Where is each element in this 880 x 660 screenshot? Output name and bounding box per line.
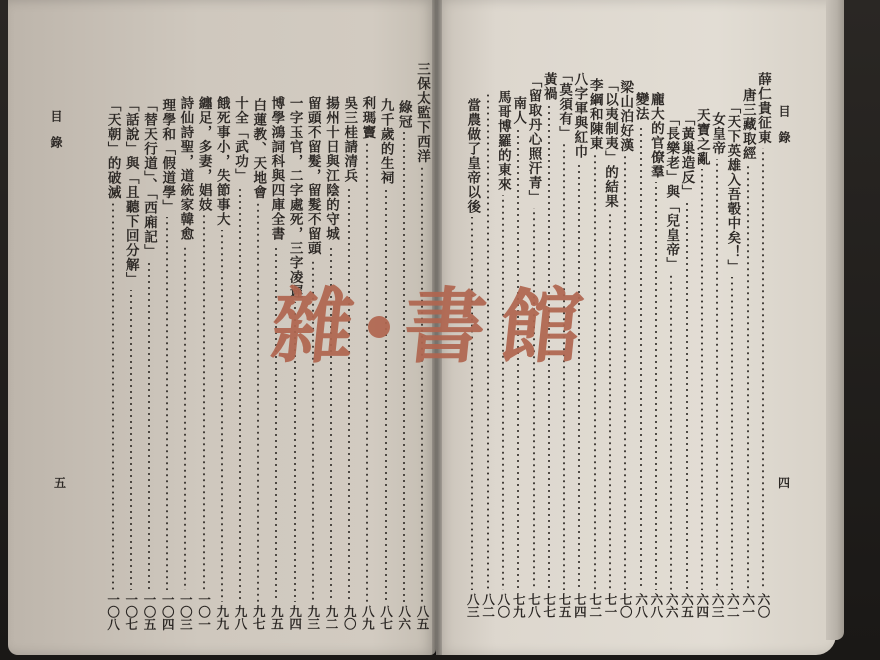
toc-entry-title: 變法	[633, 92, 649, 121]
toc-entry: 八字軍與紅巾七四	[571, 72, 587, 618]
toc-entry: 「天下英雄入吾彀中矣！」六二	[724, 100, 740, 618]
dot-leader	[701, 169, 703, 590]
dot-leader	[762, 148, 764, 591]
toc-entry: 「長樂老」與「兒皇帝」六六	[663, 112, 679, 618]
running-header-left: 目錄	[48, 110, 65, 162]
dot-leader	[166, 217, 168, 590]
toc-entry-title: 馬哥博羅的東來	[495, 90, 511, 192]
toc-entry-page: 八九	[360, 605, 374, 630]
toc-entry: 變法六八	[633, 92, 649, 618]
dot-leader	[655, 182, 657, 590]
toc-entry-title: 南人	[510, 96, 526, 125]
toc-entry: 薛仁貴征東六〇	[755, 72, 771, 618]
toc-entry: 揚州十日與江陰的守城九二	[323, 96, 339, 630]
dot-leader	[731, 277, 733, 590]
toc-entry: 「替天行道」、「西廂記」一〇五	[141, 98, 157, 630]
toc-entry-page: 六〇	[756, 593, 770, 618]
dot-leader	[312, 259, 314, 603]
toc-entry-page: 九九	[215, 605, 229, 630]
toc-entry: 綠冠八六	[396, 100, 412, 630]
dot-leader	[239, 186, 241, 602]
dot-leader	[502, 195, 504, 591]
toc-entry-title: 當農做了皇帝以後	[464, 98, 480, 214]
toc-entry-page: 九八	[233, 605, 247, 630]
toc-entry-title: 留頭不留髮，留髮不留頭	[305, 96, 321, 256]
toc-entry-page: 一〇五	[142, 593, 156, 631]
toc-entry: 唐三藏取經六一	[740, 88, 756, 618]
toc-entry: 留頭不留髮，留髮不留頭九三	[305, 96, 321, 630]
toc-entry-page: 六八	[649, 593, 663, 618]
toc-entry-title: 吳三桂請清兵	[341, 96, 357, 183]
dot-leader	[366, 143, 368, 603]
toc-entry-page: 九五	[269, 605, 283, 630]
dot-leader	[471, 217, 473, 590]
toc-entry-page: 七四	[572, 593, 586, 618]
toc-entry-page: 八七	[379, 605, 393, 630]
toc-entry-page: 七五	[557, 593, 571, 618]
dot-leader	[640, 124, 642, 590]
toc-entry-page: 八〇	[496, 593, 510, 618]
toc-entry: 「天朝」的破滅一〇八	[105, 98, 121, 630]
toc-entry-page: 六四	[695, 593, 709, 618]
toc-entry: 「黃巢造反」六五	[679, 112, 695, 618]
toc-entry-page: 七七	[542, 593, 556, 618]
toc-entry: 三保太監下西洋八五	[414, 62, 430, 630]
toc-entry: 「留取丹心照汗青」七八	[526, 74, 542, 618]
toc-entry-title: 「留取丹心照汗青」	[526, 74, 542, 205]
toc-entry-title: 龐大的官僚羣	[648, 92, 664, 179]
toc-entry-title: 纏足，多妻，娼妓	[196, 96, 212, 212]
toc-entry: 八二	[480, 90, 496, 618]
toc-entry-page: 一〇七	[124, 593, 138, 631]
toc-entry-title: 白蓮教、天地會	[250, 98, 266, 200]
toc-entry-page: 八二	[481, 593, 495, 618]
folio-left: 五	[54, 474, 66, 491]
toc-entry-page: 六五	[680, 593, 694, 618]
toc-entry: 「莫須有」七五	[556, 68, 572, 618]
dot-leader	[548, 104, 550, 590]
toc-entry: 馬哥博羅的東來八〇	[495, 90, 511, 618]
dot-leader	[275, 244, 277, 602]
toc-entry-page: 六一	[741, 593, 755, 618]
dot-leader	[487, 93, 489, 590]
toc-entry-page: 八五	[415, 605, 429, 630]
dot-leader	[686, 202, 688, 590]
toc-entry-page: 九三	[306, 605, 320, 630]
dot-leader	[594, 154, 596, 591]
toc-entry-title: 理學和「假道學」	[159, 98, 175, 214]
toc-entry: 一字玉官，二字處死，三字凌遲九四	[287, 96, 303, 630]
dot-leader	[348, 186, 350, 602]
toc-entry-page: 六八	[634, 593, 648, 618]
toc-entry-page: 七八	[527, 593, 541, 618]
toc-entry-title: 天寶之亂	[694, 108, 710, 166]
dot-leader	[385, 188, 387, 602]
toc-entry-page: 八六	[397, 605, 411, 630]
toc-entry-page: 七一	[603, 593, 617, 618]
dot-leader	[609, 212, 611, 591]
dot-leader	[330, 244, 332, 602]
dot-leader	[403, 132, 405, 602]
toc-entry-title: 利瑪竇	[359, 96, 375, 140]
toc-entry: 李綱和陳東七二	[587, 78, 603, 618]
toc-entry-title: 「天朝」的破滅	[105, 98, 121, 200]
toc-entry-page: 九四	[288, 605, 302, 630]
dot-leader	[747, 164, 749, 591]
toc-entry: 「話說」與「且聽下回分解」一〇七	[123, 98, 139, 630]
toc-entry: 天寶之亂六四	[694, 108, 710, 618]
toc-entry-title: 餓死事小，失節事大	[214, 96, 230, 227]
dot-leader	[148, 262, 150, 590]
toc-entry: 南人七九	[510, 96, 526, 618]
toc-entry-page: 七〇	[618, 593, 632, 618]
toc-entry-page: 七九	[511, 593, 525, 618]
toc-entry-title: 黃禍	[541, 72, 557, 101]
toc-entry: 白蓮教、天地會九七	[250, 98, 266, 630]
toc-entry-page: 一〇八	[106, 593, 120, 631]
toc-entry: 理學和「假道學」一〇四	[159, 98, 175, 630]
book-gutter	[432, 0, 442, 655]
toc-entry-page: 六六	[664, 593, 678, 618]
toc-entry: 龐大的官僚羣六八	[648, 92, 664, 618]
toc-entry-page: 九二	[324, 605, 338, 630]
dot-leader	[624, 156, 626, 591]
toc-entry-title: 唐三藏取經	[740, 88, 756, 161]
toc-entry-page: 七二	[588, 593, 602, 618]
toc-entry-title: 綠冠	[396, 100, 412, 129]
toc-entry-title: 十全「武功」	[232, 96, 248, 183]
dot-leader	[257, 203, 259, 603]
dot-leader	[578, 162, 580, 590]
toc-entry-title: 揚州十日與江陰的守城	[323, 96, 339, 241]
toc-entry: 纏足，多妻，娼妓一〇一	[196, 96, 212, 630]
toc-entry: 九千歲的生祠八七	[378, 98, 394, 630]
toc-entry-title: 李綱和陳東	[587, 78, 603, 151]
toc-entry-page: 六二	[725, 593, 739, 618]
toc-entry-title: 「話說」與「且聽下回分解」	[123, 98, 139, 287]
toc-entry-page: 六三	[710, 593, 724, 618]
dot-leader	[294, 302, 296, 602]
toc-entry-title: 「長樂老」與「兒皇帝」	[663, 112, 679, 272]
toc-entry-title: 女皇帝	[709, 112, 725, 156]
toc-entry-title: 薛仁貴征東	[755, 72, 771, 145]
toc-entry: 詩仙詩聖，道統家韓愈一〇三	[177, 96, 193, 630]
toc-entry-title: 「黃巢造反」	[679, 112, 695, 199]
toc-entry-title: 「天下英雄入吾彀中矣！」	[724, 100, 740, 274]
toc-entry-title: 「替天行道」、「西廂記」	[141, 98, 157, 259]
dot-leader	[221, 230, 223, 603]
toc-entry-title: 「以夷制夷」的結果	[602, 78, 618, 209]
toc-entry-title: 三保太監下西洋	[414, 62, 430, 164]
dot-leader	[203, 215, 205, 590]
toc-entry: 十全「武功」九八	[232, 96, 248, 630]
page-edge	[826, 0, 844, 640]
toc-entry-title: 詩仙詩聖，道統家韓愈	[177, 96, 193, 241]
toc-entry-title: 博學鴻詞科與四庫全書	[268, 96, 284, 241]
toc-entry-title: 八字軍與紅巾	[571, 72, 587, 159]
dot-leader	[517, 128, 519, 590]
dot-leader	[670, 275, 672, 591]
toc-entry: 女皇帝六三	[709, 112, 725, 618]
toc-entry-title: 一字玉官，二字處死，三字凌遲	[287, 96, 303, 299]
dot-leader	[184, 244, 186, 590]
dot-leader	[533, 208, 535, 591]
toc-entry-title: 「莫須有」	[556, 68, 572, 141]
dot-leader	[130, 290, 132, 590]
folio-right: 四	[778, 474, 790, 491]
toc-entry-page: 九〇	[342, 605, 356, 630]
toc-entry-page: 九七	[251, 605, 265, 630]
dot-leader	[716, 159, 718, 591]
toc-entry-title: 九千歲的生祠	[378, 98, 394, 185]
toc-entry-page: 一〇三	[178, 593, 192, 631]
toc-entry-page: 一〇一	[197, 593, 211, 631]
toc-entry: 黃禍七七	[541, 72, 557, 618]
toc-entry: 吳三桂請清兵九〇	[341, 96, 357, 630]
running-header-right: 目錄	[776, 105, 793, 157]
toc-entry: 餓死事小，失節事大九九	[214, 96, 230, 630]
toc-entry: 梁山泊好漢七〇	[617, 80, 633, 618]
dot-leader	[112, 203, 114, 590]
toc-entry: 利瑪竇八九	[359, 96, 375, 630]
toc-entry: 「以夷制夷」的結果七一	[602, 78, 618, 618]
toc-entry-page: 一〇四	[160, 593, 174, 631]
toc-entry: 博學鴻詞科與四庫全書九五	[268, 96, 284, 630]
toc-entry: 當農做了皇帝以後八三	[464, 98, 480, 618]
toc-entry-title: 梁山泊好漢	[617, 80, 633, 153]
toc-entry-page: 八三	[465, 593, 479, 618]
dot-leader	[563, 144, 565, 591]
dot-leader	[421, 167, 423, 603]
